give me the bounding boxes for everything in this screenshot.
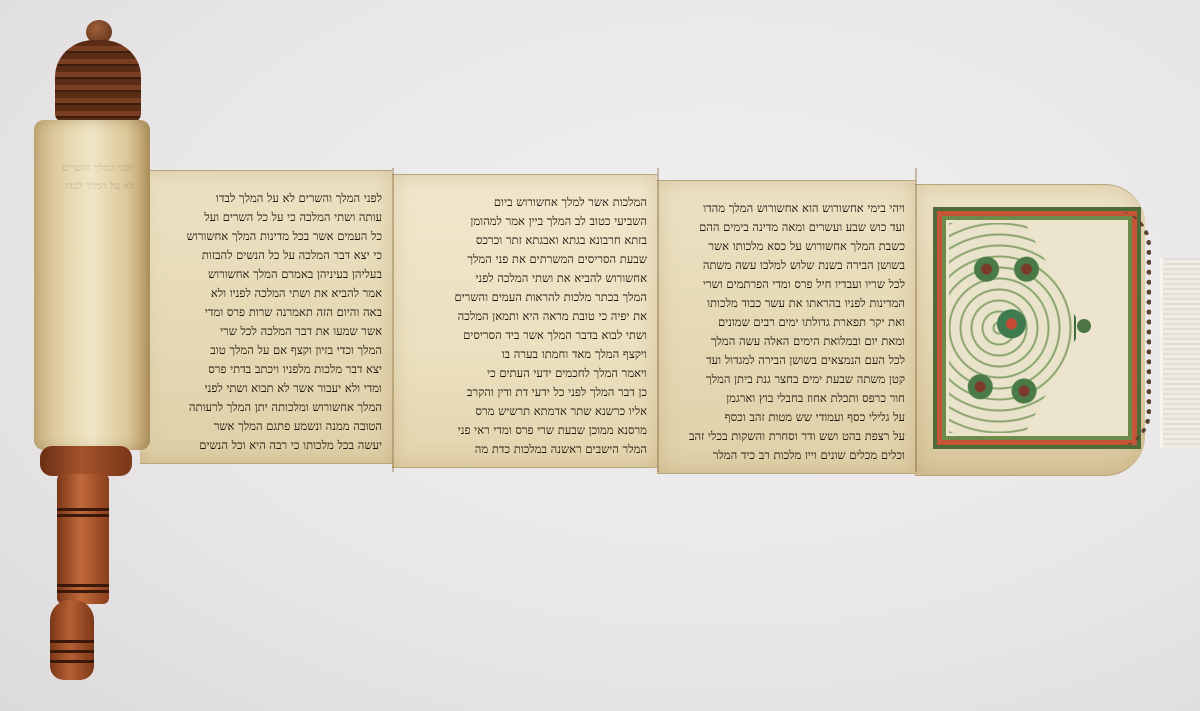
text-line: אליו כרשנא שתר אדמתא תרשיש מרס <box>402 402 647 421</box>
text-line: אחשורוש להביא את ושתי המלכה לפני <box>402 269 647 288</box>
text-line: וכלים מכלים שונים ויין מלכות רב כיד המלך <box>667 446 905 459</box>
handle-ring <box>50 640 94 643</box>
text-line: השביעי כטוב לב המלך ביין אמר למהומן <box>402 212 647 231</box>
text-line: כן דבר המלך לפני כל ידעי דת ודין והקרב <box>402 383 647 402</box>
handle-ring <box>57 508 109 511</box>
text-line: בזתא חרבונא בגתא ואבגתא זתר וכרכס <box>402 231 647 250</box>
text-line: המלך וכדי בזיון וקצף אם על המלך טוב <box>150 341 382 360</box>
text-line: לכל שריו ועבדיו חיל פרס ומדי הפרתמים ושר… <box>667 275 905 294</box>
text-column-2: המלכות אשר למלך אחשורוש ביום השביעי כטוב… <box>392 174 657 468</box>
text-line: על רצפת בהט ושש ודר וסחרת והשקות בכלי זה… <box>667 427 905 446</box>
floral-arch-ornament <box>949 223 1076 433</box>
text-line: ויאמר המלך לחכמים ידעי העתים כי <box>402 364 647 383</box>
text-line: עותה ושתי המלכה כי על כל השרים ועל <box>150 208 382 227</box>
handle-ring <box>57 584 109 587</box>
illumination-frame <box>933 207 1141 449</box>
text-line: כל העמים אשר בכל מדינות המלך אחשורוש <box>150 227 382 246</box>
text-line: ומאת יום ובמלואת הימים האלה עשה המלך <box>667 332 905 351</box>
text-line: על גלילי כסף ועמודי שש מטות זהב וכסף <box>667 408 905 427</box>
panel-seam <box>915 168 917 472</box>
text-line: יצא דבר מלכות מלפניו ויכתב בדתי פרס <box>150 360 382 379</box>
text-line: אשר שמעו את דבר המלכה לכל שרי <box>150 322 382 341</box>
text-line: ועד כוש שבע ועשרים ומאה מדינה בימים ההם <box>667 218 905 237</box>
text-line: ושתי לבוא בדבר המלך אשר ביד הסריסים <box>402 326 647 345</box>
panel-seam <box>657 168 659 472</box>
rolled-text-ghost: לפני המלך והשרים לא על המלך לבדו <box>50 160 134 420</box>
text-line: מרסנא ממוכן שבעת שרי פרס ומדי ראי פני <box>402 421 647 440</box>
column-text: לפני המלך והשרים לא על המלך לבדו עותה וש… <box>150 189 382 449</box>
text-line: את יפיה כי טובת מראה היא ותמאן המלכה <box>402 307 647 326</box>
text-line: המדינות לפניו בהראתו את עשר כבוד מלכותו <box>667 294 905 313</box>
text-line: בשושן הבירה בשנת שלוש למלכו עשה משתה <box>667 256 905 275</box>
roller-handle-tip <box>50 600 94 680</box>
illuminated-panel <box>915 184 1145 476</box>
scroll-sheet: לפני המלך והשרים לא על המלך לבדו עותה וש… <box>140 168 1170 472</box>
text-line: כשבת המלך אחשורוש על כסא מלכותו אשר <box>667 237 905 256</box>
text-line: ומדי ולא יעבור אשר לא תבוא ושתי לפני <box>150 379 382 398</box>
text-line: ואת יקר תפארת גדולתו ימים רבים שמונים <box>667 313 905 332</box>
column-text: ויהי בימי אחשורוש הוא אחשורוש המלך מהדו … <box>667 199 905 459</box>
text-line: באה והיום הזה תאמרנה שרות פרס ומדי <box>150 303 382 322</box>
text-line: בעליהן בעיניהן באמרם המלך אחשורוש <box>150 265 382 284</box>
text-line: המלכות אשר למלך אחשורוש ביום <box>402 193 647 212</box>
text-line: כי יצא דבר המלכה על כל הנשים להבזות <box>150 246 382 265</box>
text-line: המלך הישבים ראשנה במלכות כדת מה <box>402 440 647 453</box>
roller-handle <box>57 474 109 604</box>
text-line: ויקצף המלך מאד וחמתו בערה בו <box>402 345 647 364</box>
text-line: הטובה ממנה ונשמע פתגם המלך אשר <box>150 417 382 436</box>
text-line: המלך אחשורוש ומלכותה יתן המלך לרעותה <box>150 398 382 417</box>
photo-scene: לפני המלך והשרים לא על המלך לבדו עותה וש… <box>0 0 1200 711</box>
panel-seam <box>392 168 394 472</box>
roller-top-ribbed-knob <box>55 40 141 122</box>
rolled-parchment: לפני המלך והשרים לא על המלך לבדו <box>34 120 150 450</box>
text-line: קטן משתה שבעת ימים בחצר גנת ביתן המלך <box>667 370 905 389</box>
text-line: יעשה בכל מלכותו כי רבה היא וכל הנשים <box>150 436 382 449</box>
scalloped-edge-border <box>1116 211 1151 447</box>
text-line: ויהי בימי אחשורוש הוא אחשורוש המלך מהדו <box>667 199 905 218</box>
handle-ring <box>57 590 109 593</box>
column-text: המלכות אשר למלך אחשורוש ביום השביעי כטוב… <box>402 193 647 453</box>
handle-ring <box>50 650 94 653</box>
text-line: חור כרפס ותכלת אחוז בחבלי בוץ וארגמן <box>667 389 905 408</box>
handle-ring <box>50 660 94 663</box>
arch-finial-ornament <box>1077 319 1091 333</box>
text-line: המלך בכתר מלכות להראות העמים והשרים <box>402 288 647 307</box>
text-line: לפני המלך והשרים לא על המלך לבדו <box>150 189 382 208</box>
text-line: לכל העם הנמצאים בשושן הבירה למגדול ועד <box>667 351 905 370</box>
roller-collar <box>40 446 132 476</box>
text-line: שבעת הסריסים המשרתים את פני המלך <box>402 250 647 269</box>
text-line: אמר להביא את ושתי המלכה לפניו ולא <box>150 284 382 303</box>
text-column-3: ויהי בימי אחשורוש הוא אחשורוש המלך מהדו … <box>657 180 915 474</box>
text-column-1: לפני המלך והשרים לא על המלך לבדו עותה וש… <box>140 170 392 464</box>
handle-ring <box>57 514 109 517</box>
